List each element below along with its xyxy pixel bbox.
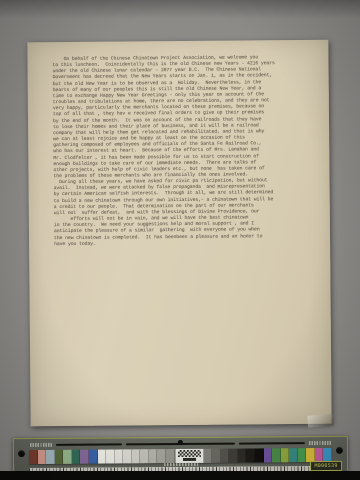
- color-patch-row: [29, 447, 332, 463]
- target-slot: [183, 458, 196, 461]
- catalog-number-badge: M000539: [310, 460, 342, 471]
- color-patch: [323, 447, 332, 461]
- color-patch: [157, 449, 166, 463]
- bottom-frame-edge: [0, 471, 360, 480]
- resolution-target: [175, 448, 204, 462]
- color-patch: [106, 449, 115, 463]
- color-patch: [55, 449, 64, 463]
- color-patch: [229, 448, 238, 462]
- color-patch: [115, 449, 124, 463]
- color-patch: [72, 449, 81, 463]
- color-patch: [263, 448, 272, 462]
- color-patches-left: [29, 449, 98, 463]
- registration-bar: [175, 443, 235, 446]
- color-patch: [29, 449, 38, 463]
- typewritten-text: On behalf of the Chinese Chinatown Proje…: [52, 55, 314, 248]
- color-patch: [315, 448, 324, 462]
- color-patch: [140, 449, 149, 463]
- color-patch: [38, 449, 47, 463]
- grayscale-patches: [97, 449, 174, 464]
- color-patch: [272, 448, 281, 462]
- ruler-brand-text-left: [30, 443, 52, 447]
- color-patch: [212, 448, 221, 462]
- color-patch: [132, 449, 141, 463]
- color-patches-right: [263, 447, 332, 461]
- color-patch: [166, 449, 175, 463]
- color-patch: [80, 449, 89, 463]
- registration-bar: [239, 442, 305, 445]
- registration-bar: [56, 443, 122, 446]
- color-patch: [89, 449, 98, 463]
- color-patch: [255, 448, 264, 462]
- color-patch: [281, 448, 290, 462]
- checkerboard-pattern: [178, 450, 201, 457]
- color-patch: [63, 449, 72, 463]
- color-patch: [246, 448, 255, 462]
- scanned-letter-page: On behalf of the Chinese Chinatown Proje…: [27, 40, 331, 427]
- mount-hole-left: [18, 450, 25, 457]
- color-patch: [238, 448, 247, 462]
- color-patch: [289, 448, 298, 462]
- color-patch: [204, 448, 213, 462]
- dark-gray-patches: [204, 448, 264, 462]
- color-patch: [306, 448, 315, 462]
- mount-hole-right: [336, 447, 343, 454]
- paper-corner-curl: [307, 414, 334, 428]
- color-patch: [298, 448, 307, 462]
- color-patch: [149, 449, 158, 463]
- color-patch: [123, 449, 132, 463]
- ruler-inscription: [164, 463, 198, 466]
- center-dot: [178, 440, 183, 445]
- color-patch: [46, 449, 55, 463]
- ruler-brand-text-right: [309, 441, 331, 445]
- color-patch: [221, 448, 230, 462]
- color-patch: [97, 449, 106, 463]
